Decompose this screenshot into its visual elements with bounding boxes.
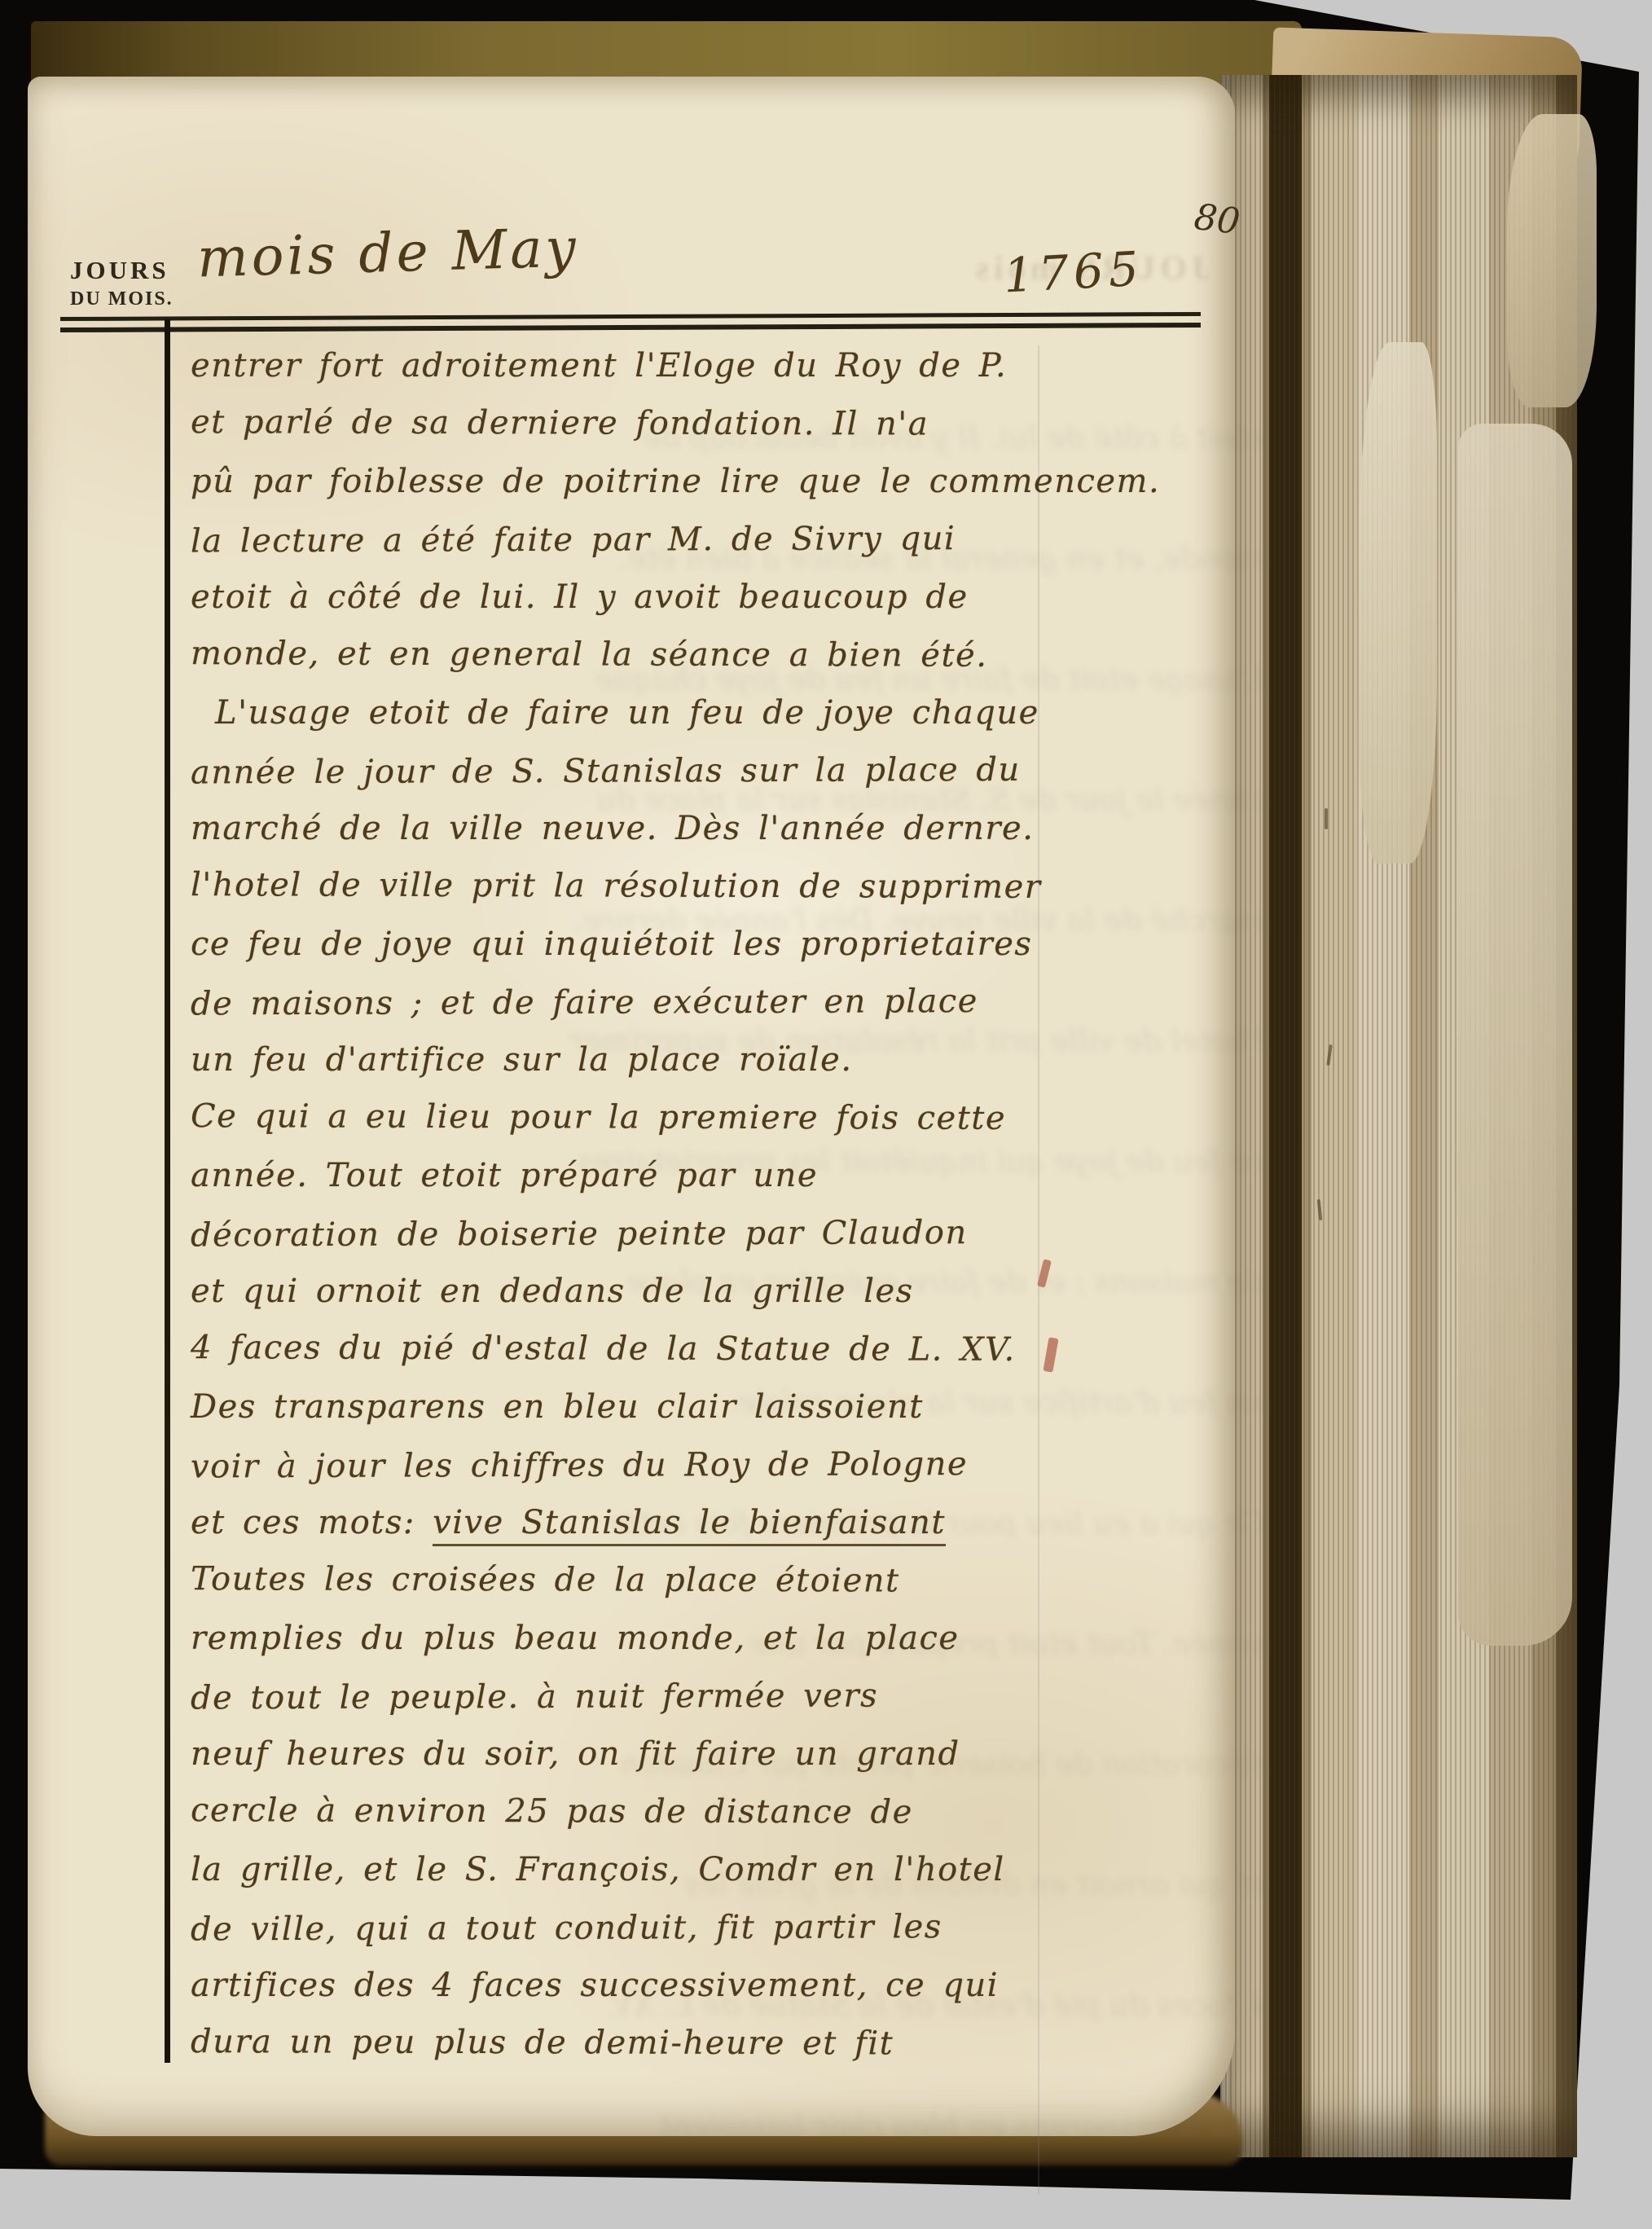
torn-page-fragment	[1359, 342, 1437, 864]
torn-page-fragment	[1507, 114, 1597, 407]
torn-page-fragment	[1458, 424, 1572, 1646]
manuscript-line: pû par foiblesse de poitrine lire que le…	[191, 453, 1331, 511]
printed-label-line2: DU MOIS.	[70, 288, 174, 310]
manuscript-line: cercle à environ 25 pas de distance de	[191, 1782, 1331, 1843]
manuscript-line: dura un peu plus de demi-heure et fit	[191, 2013, 1331, 2074]
manuscript-line: remplies du plus beau monde, et la place	[191, 1610, 1331, 1668]
manuscript-line: Ce qui a eu lieu pour la premiere fois c…	[191, 1088, 1331, 1149]
handwritten-year: 1765	[1002, 241, 1145, 304]
page-number: 80	[1192, 196, 1242, 243]
manuscript-line: entrer fort adroitement l'Eloge du Roy d…	[191, 337, 1331, 395]
printed-label-line1: JOURS	[70, 256, 174, 285]
manuscript-line: la grille, et le S. François, Comdr en l…	[191, 1841, 1331, 1899]
manuscript-line: etoit à côté de lui. Il y avoit beaucoup…	[191, 569, 1331, 626]
manuscript-line: année le jour de S. Stanislas sur la pla…	[191, 741, 1331, 802]
manuscript-line: Des transparens en bleu clair laissoient	[191, 1378, 1331, 1436]
manuscript-line: 4 faces du pié d'estal de la Statue de L…	[191, 1319, 1331, 1380]
left-margin-rule	[165, 319, 170, 2063]
manuscript-line: Toutes les croisées de la place étoient	[191, 1550, 1331, 1611]
manuscript-line: voir à jour les chiffres du Roy de Polog…	[191, 1435, 1331, 1497]
scanned-book-photo: JOURS mois JOURS DU MOIS. mois de May 17…	[0, 0, 1652, 2229]
manuscript-line: et ces mots: vive Stanislas le bienfaisa…	[191, 1494, 1331, 1552]
underlined-phrase: vive Stanislas le bienfaisant	[433, 1504, 946, 1546]
manuscript-line: année. Tout etoit préparé par une	[191, 1147, 1331, 1205]
manuscript-line-text: et ces mots:	[191, 1504, 433, 1541]
manuscript-line: artifices des 4 faces successivement, ce…	[191, 1957, 1331, 2015]
printed-margin-label: JOURS DU MOIS.	[70, 256, 174, 310]
manuscript-line: neuf heures du soir, on fit faire un gra…	[191, 1726, 1331, 1783]
manuscript-line: ce feu de joye qui inquiétoit les propri…	[191, 916, 1331, 974]
manuscript-line: un feu d'artifice sur la place roïale.	[191, 1031, 1331, 1089]
header-rule-top	[60, 312, 1201, 321]
manuscript-line: l'hotel de ville prit la résolution de s…	[191, 856, 1331, 917]
manuscript-page: JOURS mois JOURS DU MOIS. mois de May 17…	[28, 77, 1235, 2136]
manuscript-line: et parlé de sa derniere fondation. Il n'…	[191, 393, 1331, 455]
manuscript-line: de ville, qui a tout conduit, fit partir…	[191, 1897, 1331, 1959]
manuscript-line: de tout le peuple. à nuit fermée vers	[191, 1666, 1331, 1728]
manuscript-line: monde, et en general la séance a bien ét…	[191, 625, 1331, 686]
manuscript-line: et qui ornoit en dedans de la grille les	[191, 1263, 1331, 1321]
handwritten-month-title: mois de May	[196, 216, 580, 289]
manuscript-line: marché de la ville neuve. Dès l'année de…	[191, 800, 1331, 858]
manuscript-line: la lecture a été faite par M. de Sivry q…	[191, 509, 1331, 571]
manuscript-line: décoration de boiserie peinte par Claudo…	[191, 1203, 1331, 1265]
header-rule-bottom	[60, 323, 1201, 332]
manuscript-body-text: entrer fort adroitement l'Eloge du Roy d…	[191, 337, 1331, 2073]
manuscript-line: L'usage etoit de faire un feu de joye ch…	[191, 684, 1331, 742]
manuscript-line: de maisons ; et de faire exécuter en pla…	[191, 972, 1331, 1034]
